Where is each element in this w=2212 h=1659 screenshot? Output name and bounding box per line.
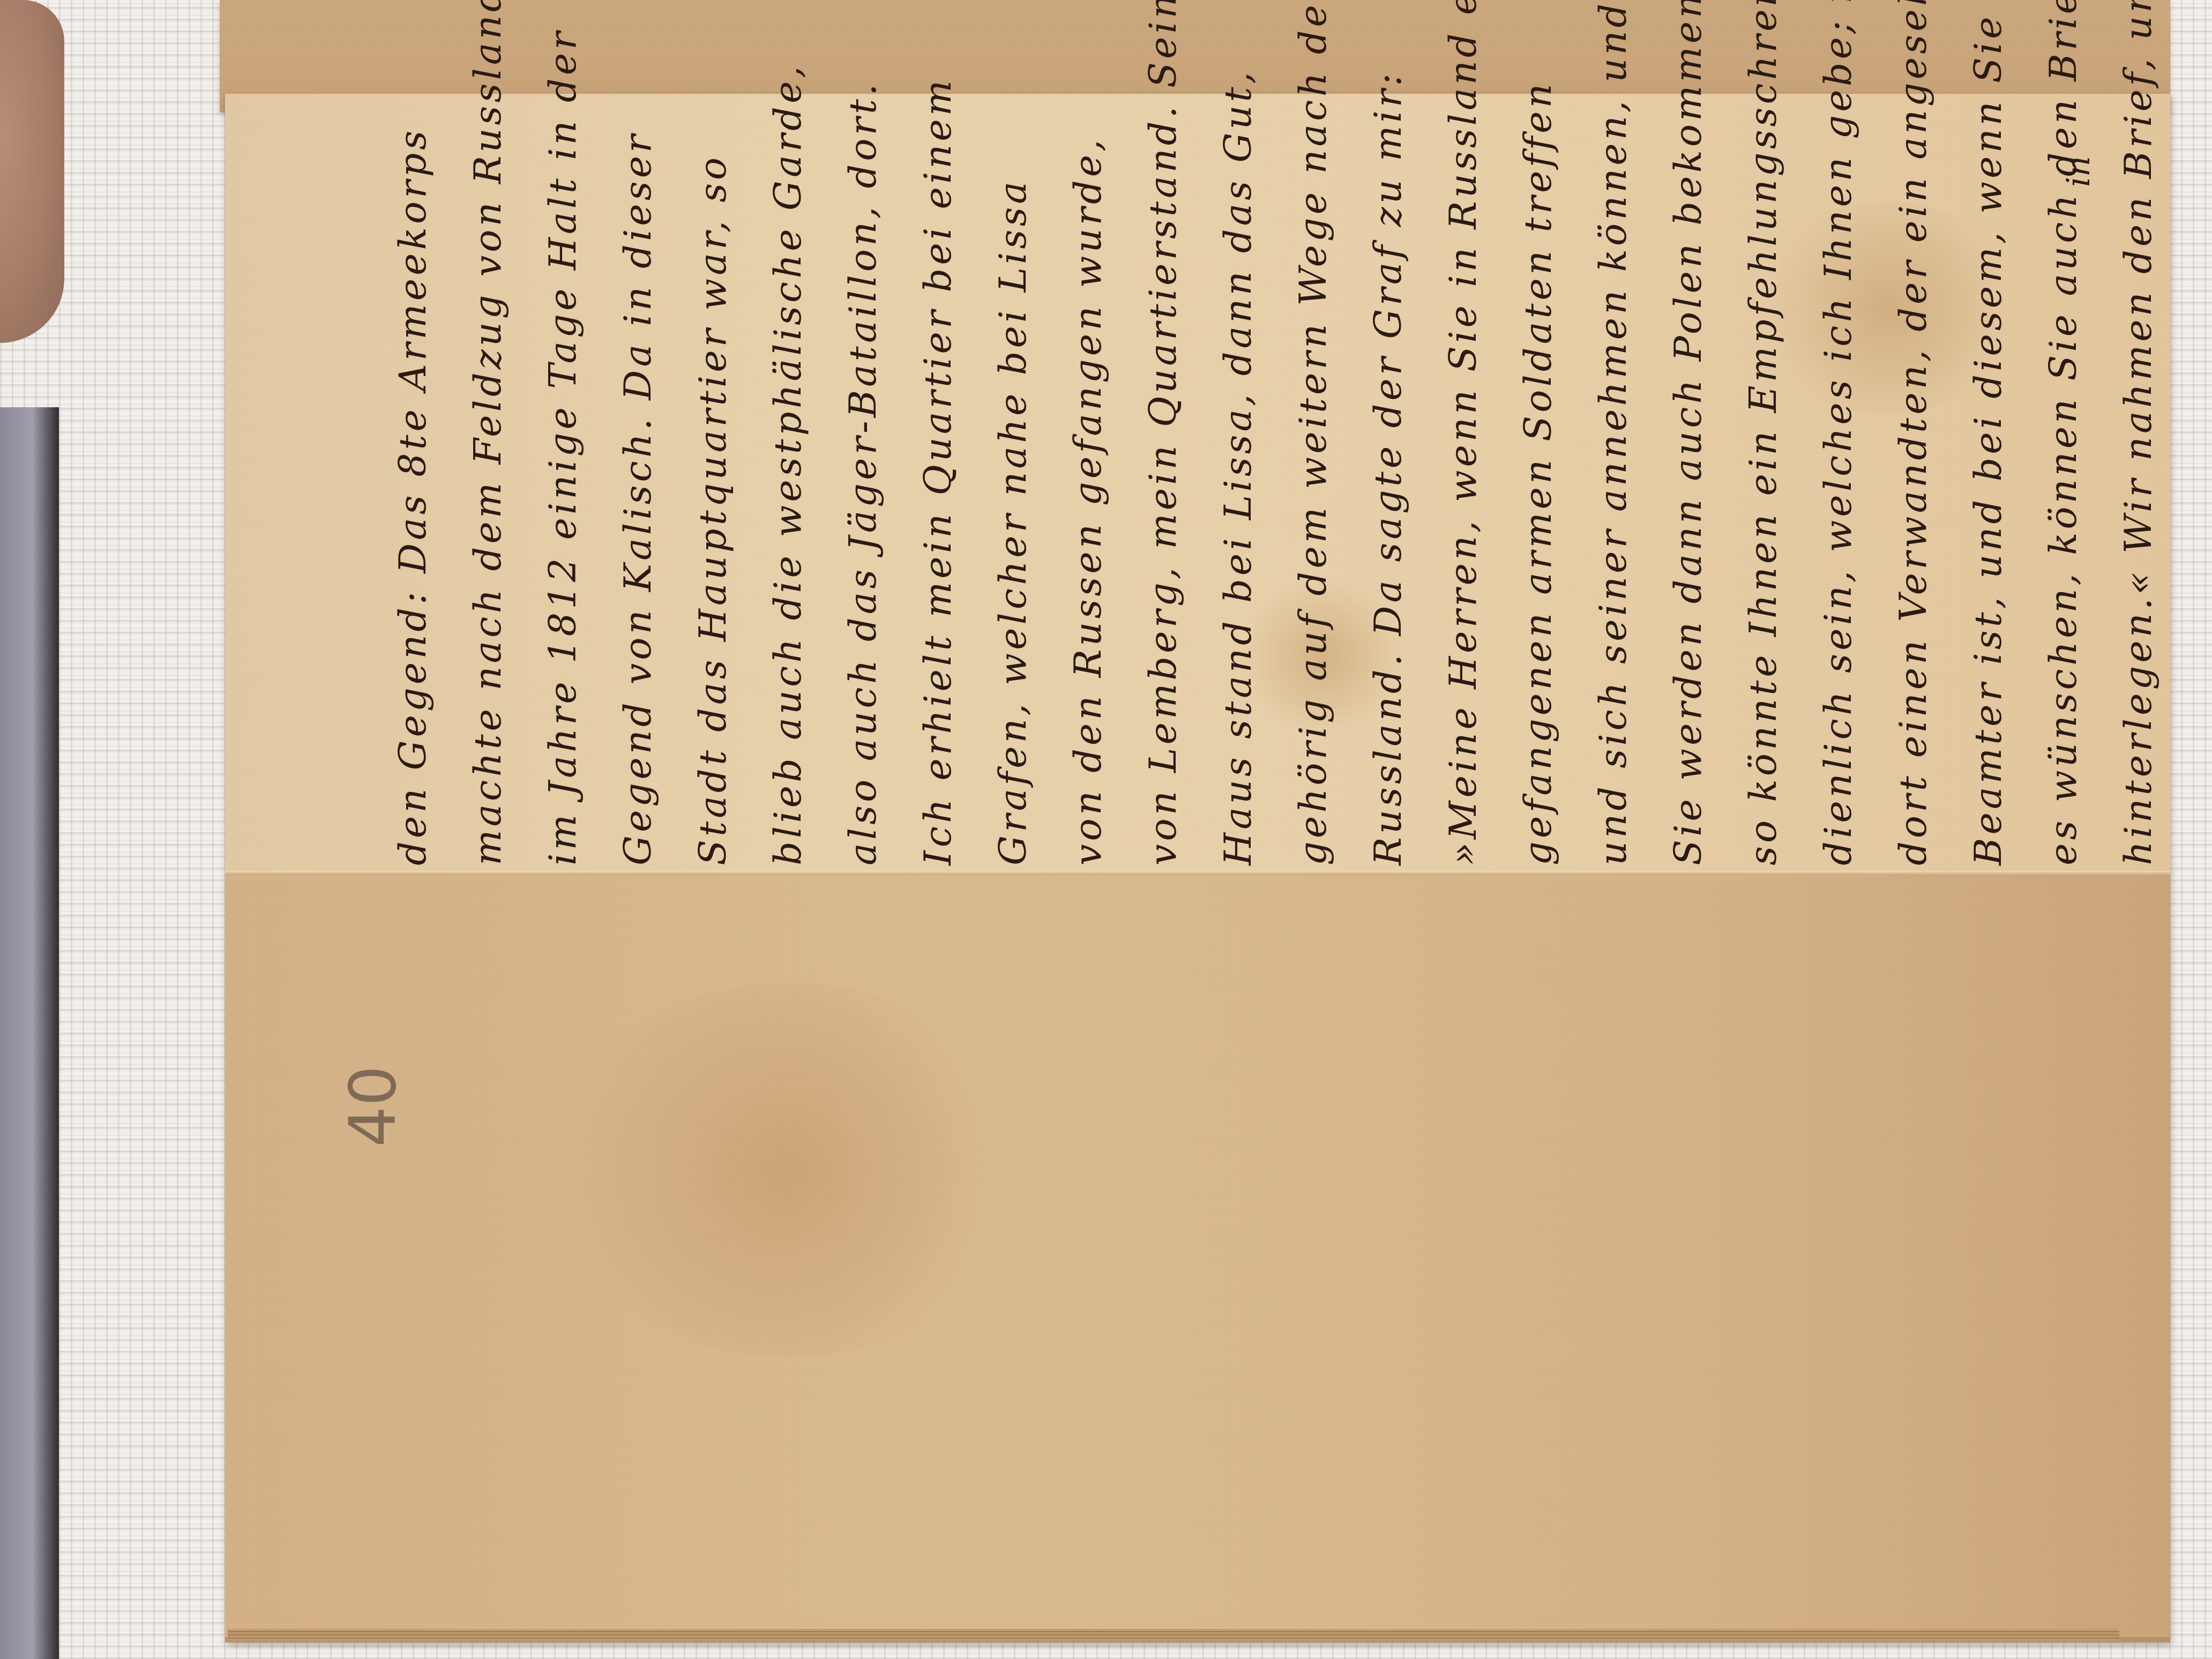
text-line: so könnte Ihnen ein Empfehlungsschreiben	[1725, 126, 1800, 865]
page-number: 40	[336, 1065, 410, 1147]
text-line: Ich erhielt mein Quartier bei einem	[900, 126, 975, 865]
paper-stain	[547, 982, 1029, 1357]
text-line: Haus stand bei Lissa, dann das Gut,	[1200, 126, 1275, 865]
hand	[0, 0, 64, 343]
text-line: Gegend von Kalisch. Da in dieser	[600, 126, 675, 865]
text-line: also auch das Jäger-Bataillon, dort.	[825, 126, 900, 865]
manuscript-page: den Gegend: Das 8te Armeekorps machte na…	[225, 94, 2170, 1642]
text-line: und sich seiner annehmen können, und	[1575, 126, 1650, 865]
text-line: gefangenen armen Soldaten treffen	[1500, 126, 1575, 865]
text-line: dort einen Verwandten, der ein angesehen…	[1875, 126, 1951, 865]
text-line: dienlich sein, welches ich Ihnen gebe; i…	[1800, 126, 1875, 865]
text-line: von Lemberg, mein Quartierstand. Sein	[1125, 126, 1200, 865]
catchword: in	[2060, 156, 2097, 187]
fold-line	[225, 871, 2170, 875]
text-line: Grafen, welcher nahe bei Lissa	[975, 126, 1050, 865]
lower-folded-sheet	[225, 875, 2170, 1637]
page-stack-edge	[228, 1629, 2119, 1641]
text-line: gehörig auf dem weitern Wege nach dem	[1275, 126, 1350, 865]
text-line: hinterlegen.« Wir nahmen den Brief, und	[2101, 126, 2176, 865]
text-line: »Meine Herren, wenn Sie in Russland eine…	[1425, 126, 1500, 865]
text-line: machte nach dem Feldzug von Russland	[450, 126, 525, 865]
text-line: Stadt das Hauptquartier war, so	[675, 126, 750, 865]
text-line: blieb auch die westphälische Garde,	[750, 126, 825, 865]
text-line: Sie werden dann auch Polen bekommen,	[1650, 126, 1725, 865]
text-line: von den Russen gefangen wurde,	[1050, 126, 1125, 865]
text-line: es wünschen, können Sie auch den Brief	[2026, 126, 2101, 865]
handwritten-text: den Gegend: Das 8te Armeekorps machte na…	[295, 126, 2117, 865]
text-line: Beamter ist, und bei diesem, wenn Sie	[1951, 126, 2026, 865]
text-line: den Gegend: Das 8te Armeekorps	[375, 126, 450, 865]
text-line: im Jahre 1812 einige Tage Halt in der	[525, 126, 600, 865]
grey-cloth	[0, 407, 59, 1659]
text-line: Russland. Da sagte der Graf zu mir:	[1350, 126, 1425, 865]
